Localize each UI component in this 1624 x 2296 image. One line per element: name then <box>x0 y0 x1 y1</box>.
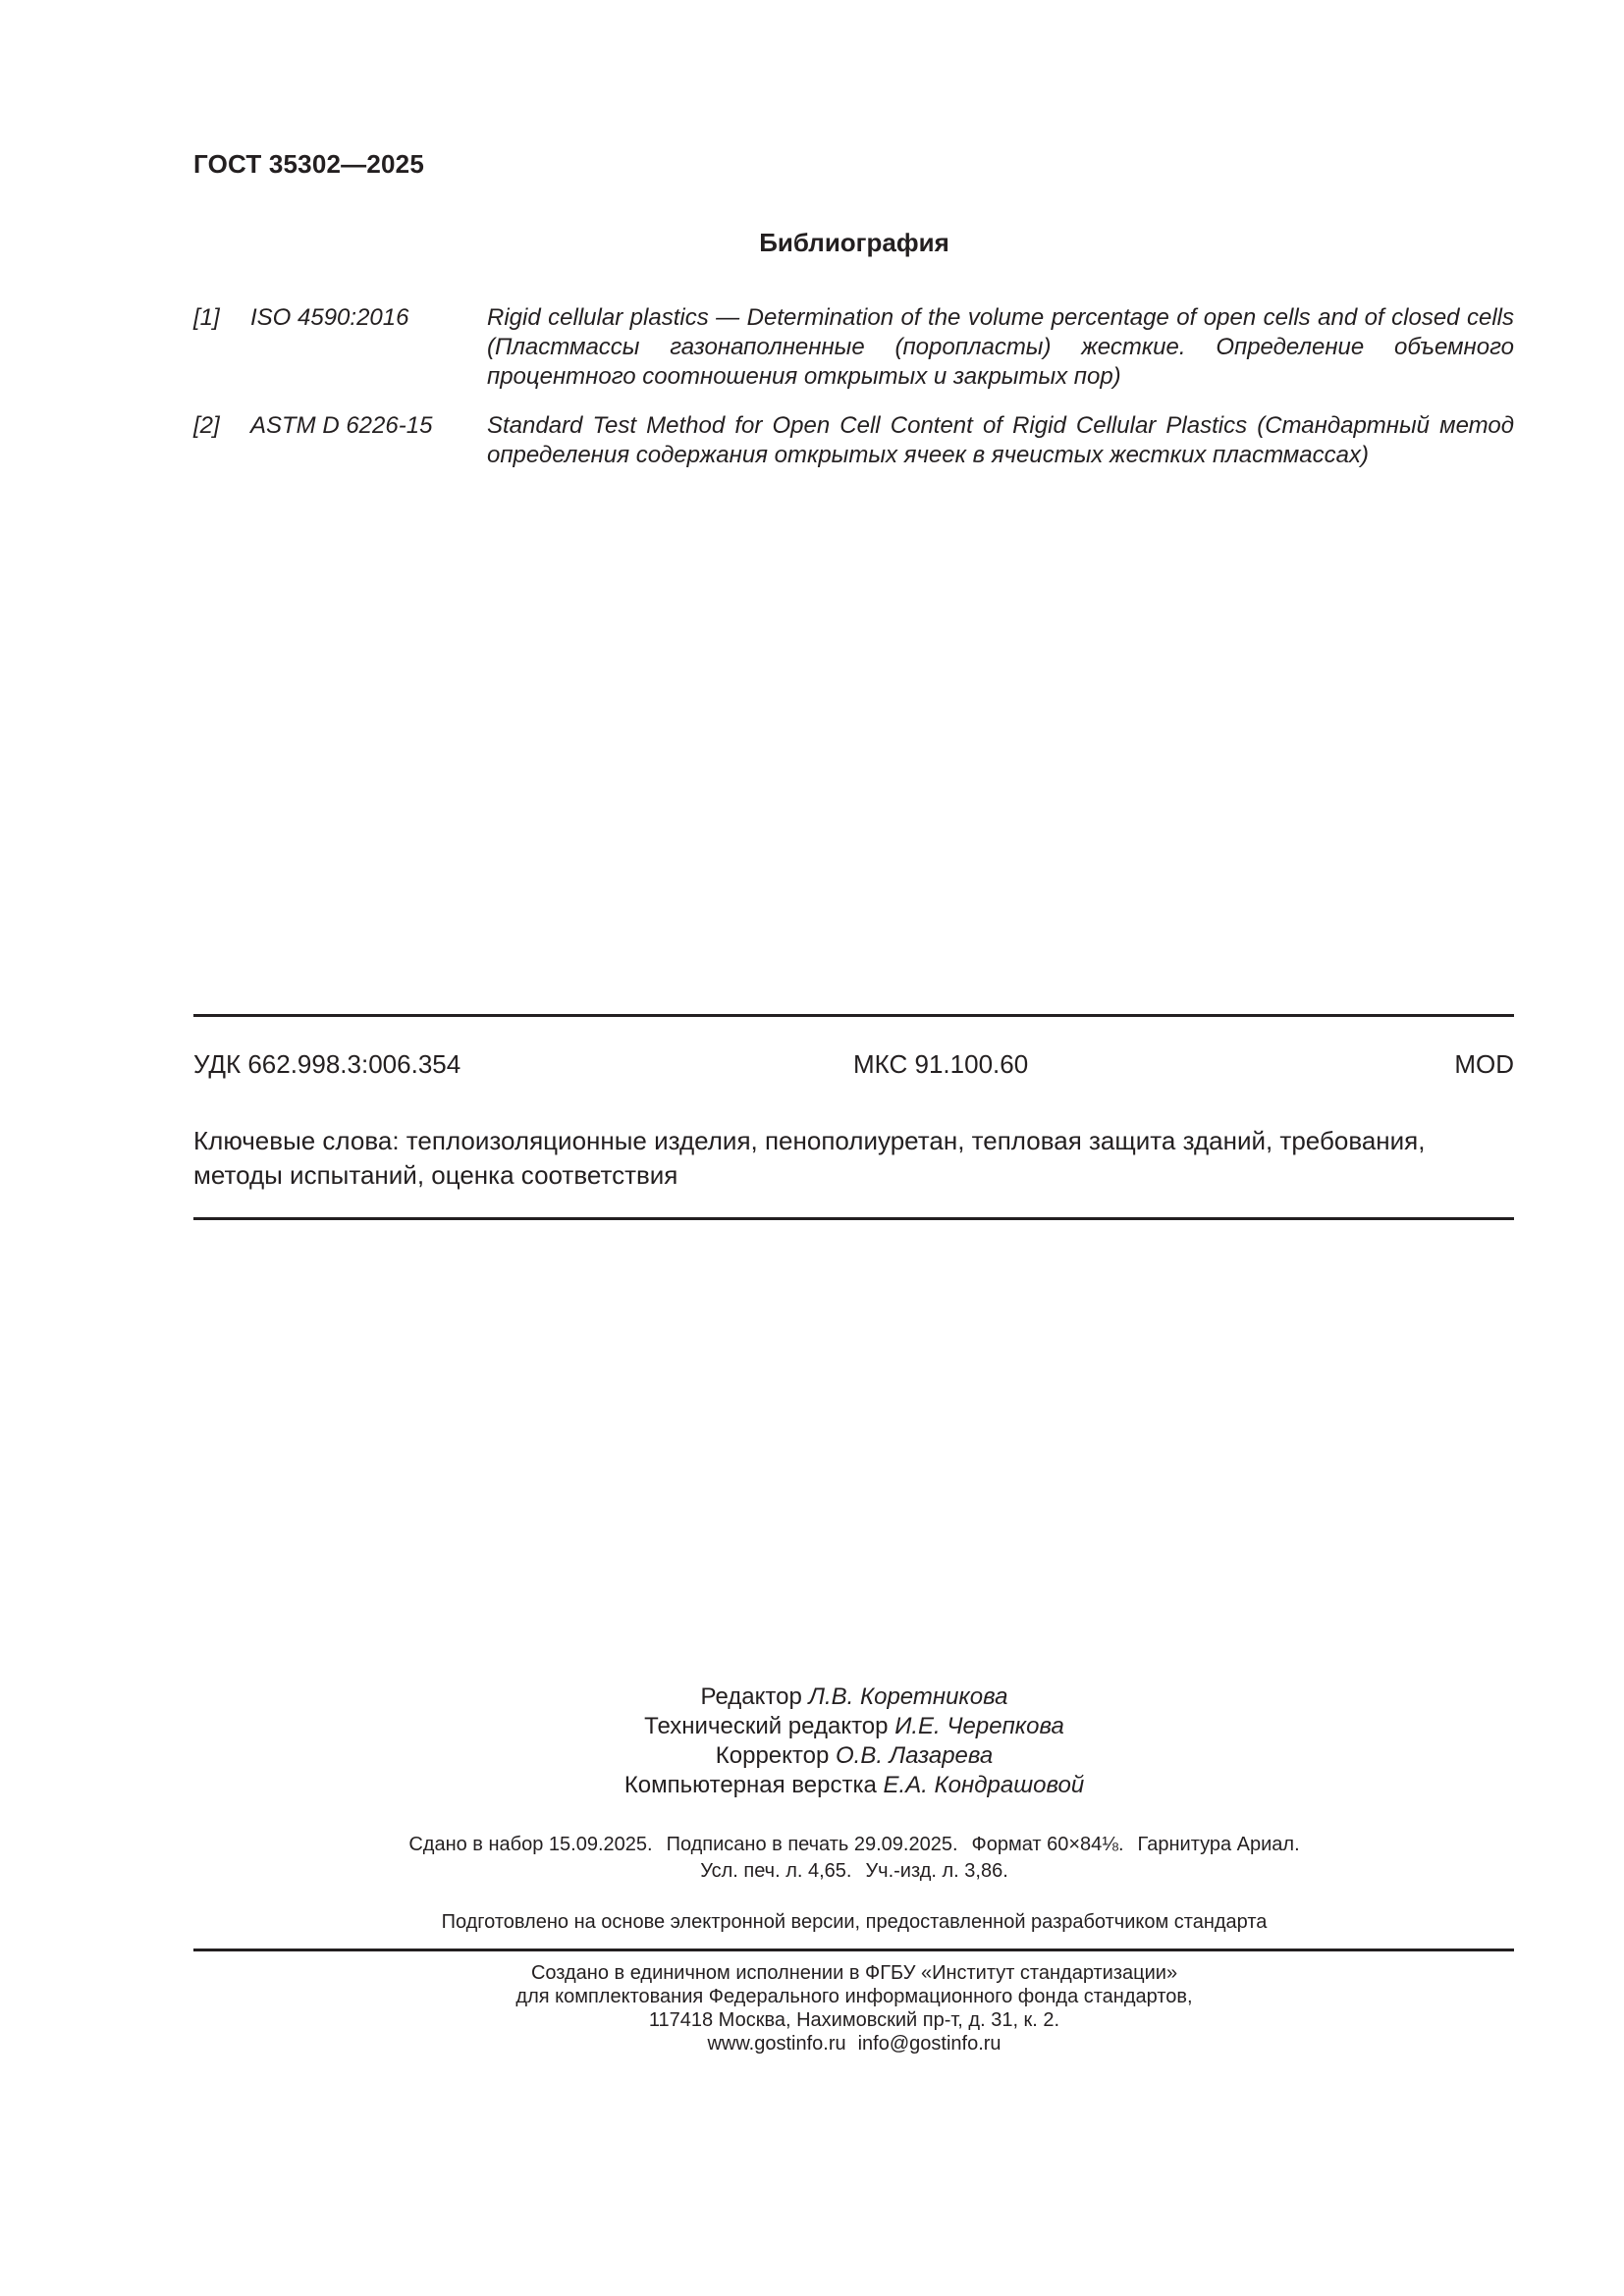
mod-label: MOD <box>1454 1049 1514 1080</box>
bibliography-title: Библиография <box>0 228 1624 258</box>
publisher-address: 117418 Москва, Нахимовский пр-т, д. 31, … <box>0 2008 1624 2032</box>
editor-role: Корректор <box>716 1742 830 1769</box>
typeface: Гарнитура Ариал. <box>1138 1834 1300 1855</box>
editor-role: Технический редактор <box>644 1713 888 1739</box>
publisher-line: Создано в единичном исполнении в ФГБУ «И… <box>0 1961 1624 1985</box>
prepared-note: Подготовлено на основе электронной верси… <box>0 1911 1624 1934</box>
typeset-date: Сдано в набор 15.09.2025. <box>408 1834 652 1855</box>
format: Формат 60×84⅛. <box>972 1834 1124 1855</box>
bibliography-entry: [1] ISO 4590:2016 Rigid cellular plastic… <box>193 303 1514 392</box>
editor-line: Редактор Л.В. Коретникова <box>0 1682 1624 1712</box>
editor-role: Компьютерная верстка <box>624 1772 877 1798</box>
editor-line: Корректор О.В. Лазарева <box>0 1741 1624 1771</box>
divider <box>193 1217 1514 1220</box>
publisher-line: для комплектования Федерального информац… <box>0 1985 1624 2008</box>
divider <box>193 1014 1514 1017</box>
publisher-contacts: www.gostinfo.ruinfo@gostinfo.ru <box>0 2032 1624 2056</box>
entry-code: ISO 4590:2016 <box>250 303 408 333</box>
udk-code: УДК 662.998.3:006.354 <box>193 1049 460 1080</box>
editor-line: Технический редактор И.Е. Черепкова <box>0 1712 1624 1741</box>
publisher-sheets: Уч.-изд. л. 3,86. <box>865 1860 1007 1882</box>
editor-name: О.В. Лазарева <box>836 1742 993 1769</box>
entry-text: Standard Test Method for Open Cell Conte… <box>487 411 1514 470</box>
print-info-line: Сдано в набор 15.09.2025.Подписано в печ… <box>0 1832 1624 1858</box>
keywords: Ключевые слова: теплоизоляционные издели… <box>193 1124 1514 1193</box>
printed-sheets: Усл. печ. л. 4,65. <box>700 1860 851 1882</box>
print-info: Сдано в набор 15.09.2025.Подписано в печ… <box>0 1832 1624 1885</box>
editor-name: И.Е. Черепкова <box>894 1713 1064 1739</box>
editor-name: Л.В. Коретникова <box>809 1683 1008 1710</box>
mks-code: МКС 91.100.60 <box>853 1049 1028 1080</box>
divider <box>193 1949 1514 1951</box>
editor-name: Е.А. Кондрашовой <box>884 1772 1085 1798</box>
editor-line: Компьютерная верстка Е.А. Кондрашовой <box>0 1771 1624 1800</box>
website-link[interactable]: www.gostinfo.ru <box>707 2033 845 2055</box>
print-info-line: Усл. печ. л. 4,65.Уч.-изд. л. 3,86. <box>0 1858 1624 1885</box>
entry-text: Rigid cellular plastics — Determination … <box>487 303 1514 392</box>
bibliography-entry: [2] ASTM D 6226-15 Standard Test Method … <box>193 411 1514 470</box>
entry-code: ASTM D 6226-15 <box>250 411 432 441</box>
editors-block: Редактор Л.В. Коретникова Технический ре… <box>0 1682 1624 1800</box>
document-code: ГОСТ 35302—2025 <box>193 149 424 180</box>
editor-role: Редактор <box>701 1683 802 1710</box>
entry-number: [2] <box>193 411 220 441</box>
email-link[interactable]: info@gostinfo.ru <box>858 2033 1001 2055</box>
publisher-block: Создано в единичном исполнении в ФГБУ «И… <box>0 1961 1624 2056</box>
classification-row: УДК 662.998.3:006.354 МКС 91.100.60 MOD <box>193 1049 1514 1080</box>
entry-number: [1] <box>193 303 220 333</box>
signed-date: Подписано в печать 29.09.2025. <box>667 1834 958 1855</box>
